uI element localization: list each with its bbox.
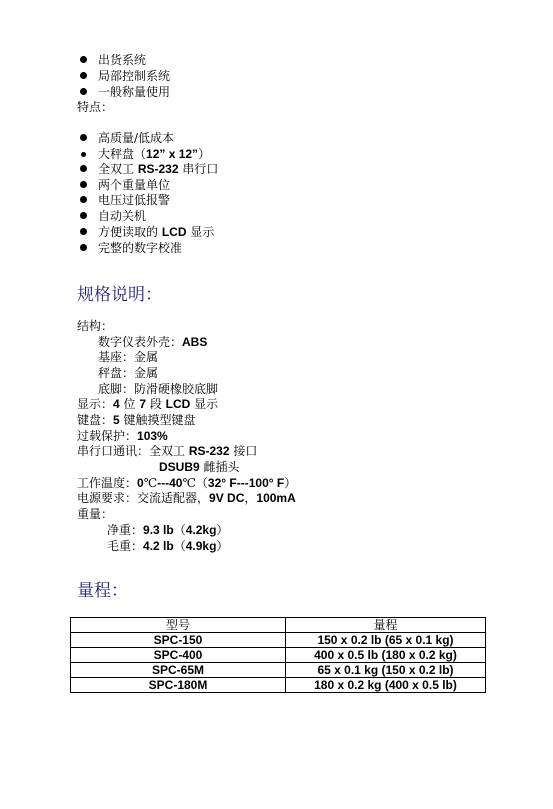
bullet-icon	[80, 134, 87, 141]
spec-serial: 串行口通讯：全双工 RS-232 接口	[77, 443, 257, 459]
spec-gross-weight: 毛重：4.2 lb（4.9kg）	[107, 538, 228, 554]
table-row: SPC-150 150 x 0.2 lb (65 x 0.1 kg)	[71, 633, 486, 648]
cell-capacity: 65 x 0.1 kg (150 x 0.2 lb)	[286, 663, 486, 678]
cell-capacity: 150 x 0.2 lb (65 x 0.1 kg)	[286, 633, 486, 648]
cell-model: SPC-180M	[71, 678, 286, 693]
header-model: 型号	[71, 618, 286, 633]
table-row: SPC-65M 65 x 0.1 kg (150 x 0.2 lb)	[71, 663, 486, 678]
spec-structure-feet: 底脚：防滑硬橡胶底脚	[98, 381, 218, 397]
spec-serial-connector: DSUB9 雌插头	[159, 459, 240, 475]
cell-capacity: 180 x 0.2 kg (400 x 0.5 lb)	[286, 678, 486, 693]
cell-model: SPC-65M	[71, 663, 286, 678]
header-capacity: 量程	[286, 618, 486, 633]
cell-model: SPC-150	[71, 633, 286, 648]
table-row: SPC-400 400 x 0.5 lb (180 x 0.2 kg)	[71, 648, 486, 663]
bullet-icon	[80, 212, 87, 219]
bullet-icon	[80, 196, 87, 203]
bullet-icon	[80, 181, 87, 188]
capacity-table: 型号 量程 SPC-150 150 x 0.2 lb (65 x 0.1 kg)…	[70, 617, 486, 693]
weight-label: 重量：	[77, 506, 113, 522]
spec-temperature: 工作温度：0℃---40℃（32° F---100° F）	[77, 475, 296, 491]
cell-model: SPC-400	[71, 648, 286, 663]
spec-display: 显示：4 位 7 段 LCD 显示	[77, 396, 218, 412]
spec-power: 电源要求：交流适配器，9V DC，100mA	[77, 490, 296, 506]
table-row: SPC-180M 180 x 0.2 kg (400 x 0.5 lb)	[71, 678, 486, 693]
structure-label: 结构：	[77, 318, 113, 334]
features-label: 特点：	[77, 99, 113, 115]
capacity-heading: 量程：	[77, 581, 128, 601]
bullet-icon	[81, 152, 86, 157]
spec-structure-pan: 秤盘：金属	[98, 365, 158, 381]
spec-structure-housing: 数字仪表外壳：ABS	[98, 334, 207, 350]
bullet-icon	[80, 88, 87, 95]
spec-overload: 过载保护：103%	[77, 428, 168, 444]
bullet-icon	[80, 56, 87, 63]
bullet-icon	[80, 244, 87, 251]
spec-heading: 规格说明：	[77, 285, 162, 305]
cell-capacity: 400 x 0.5 lb (180 x 0.2 kg)	[286, 648, 486, 663]
bullet-icon	[80, 228, 87, 235]
bullet-icon	[80, 72, 87, 79]
table-header-row: 型号 量程	[71, 618, 486, 633]
spec-structure-base: 基座：金属	[98, 349, 158, 365]
bullet-icon	[80, 165, 87, 172]
spec-net-weight: 净重：9.3 lb（4.2kg）	[107, 522, 228, 538]
spec-keyboard: 键盘：5 键触摸型键盘	[77, 412, 196, 428]
